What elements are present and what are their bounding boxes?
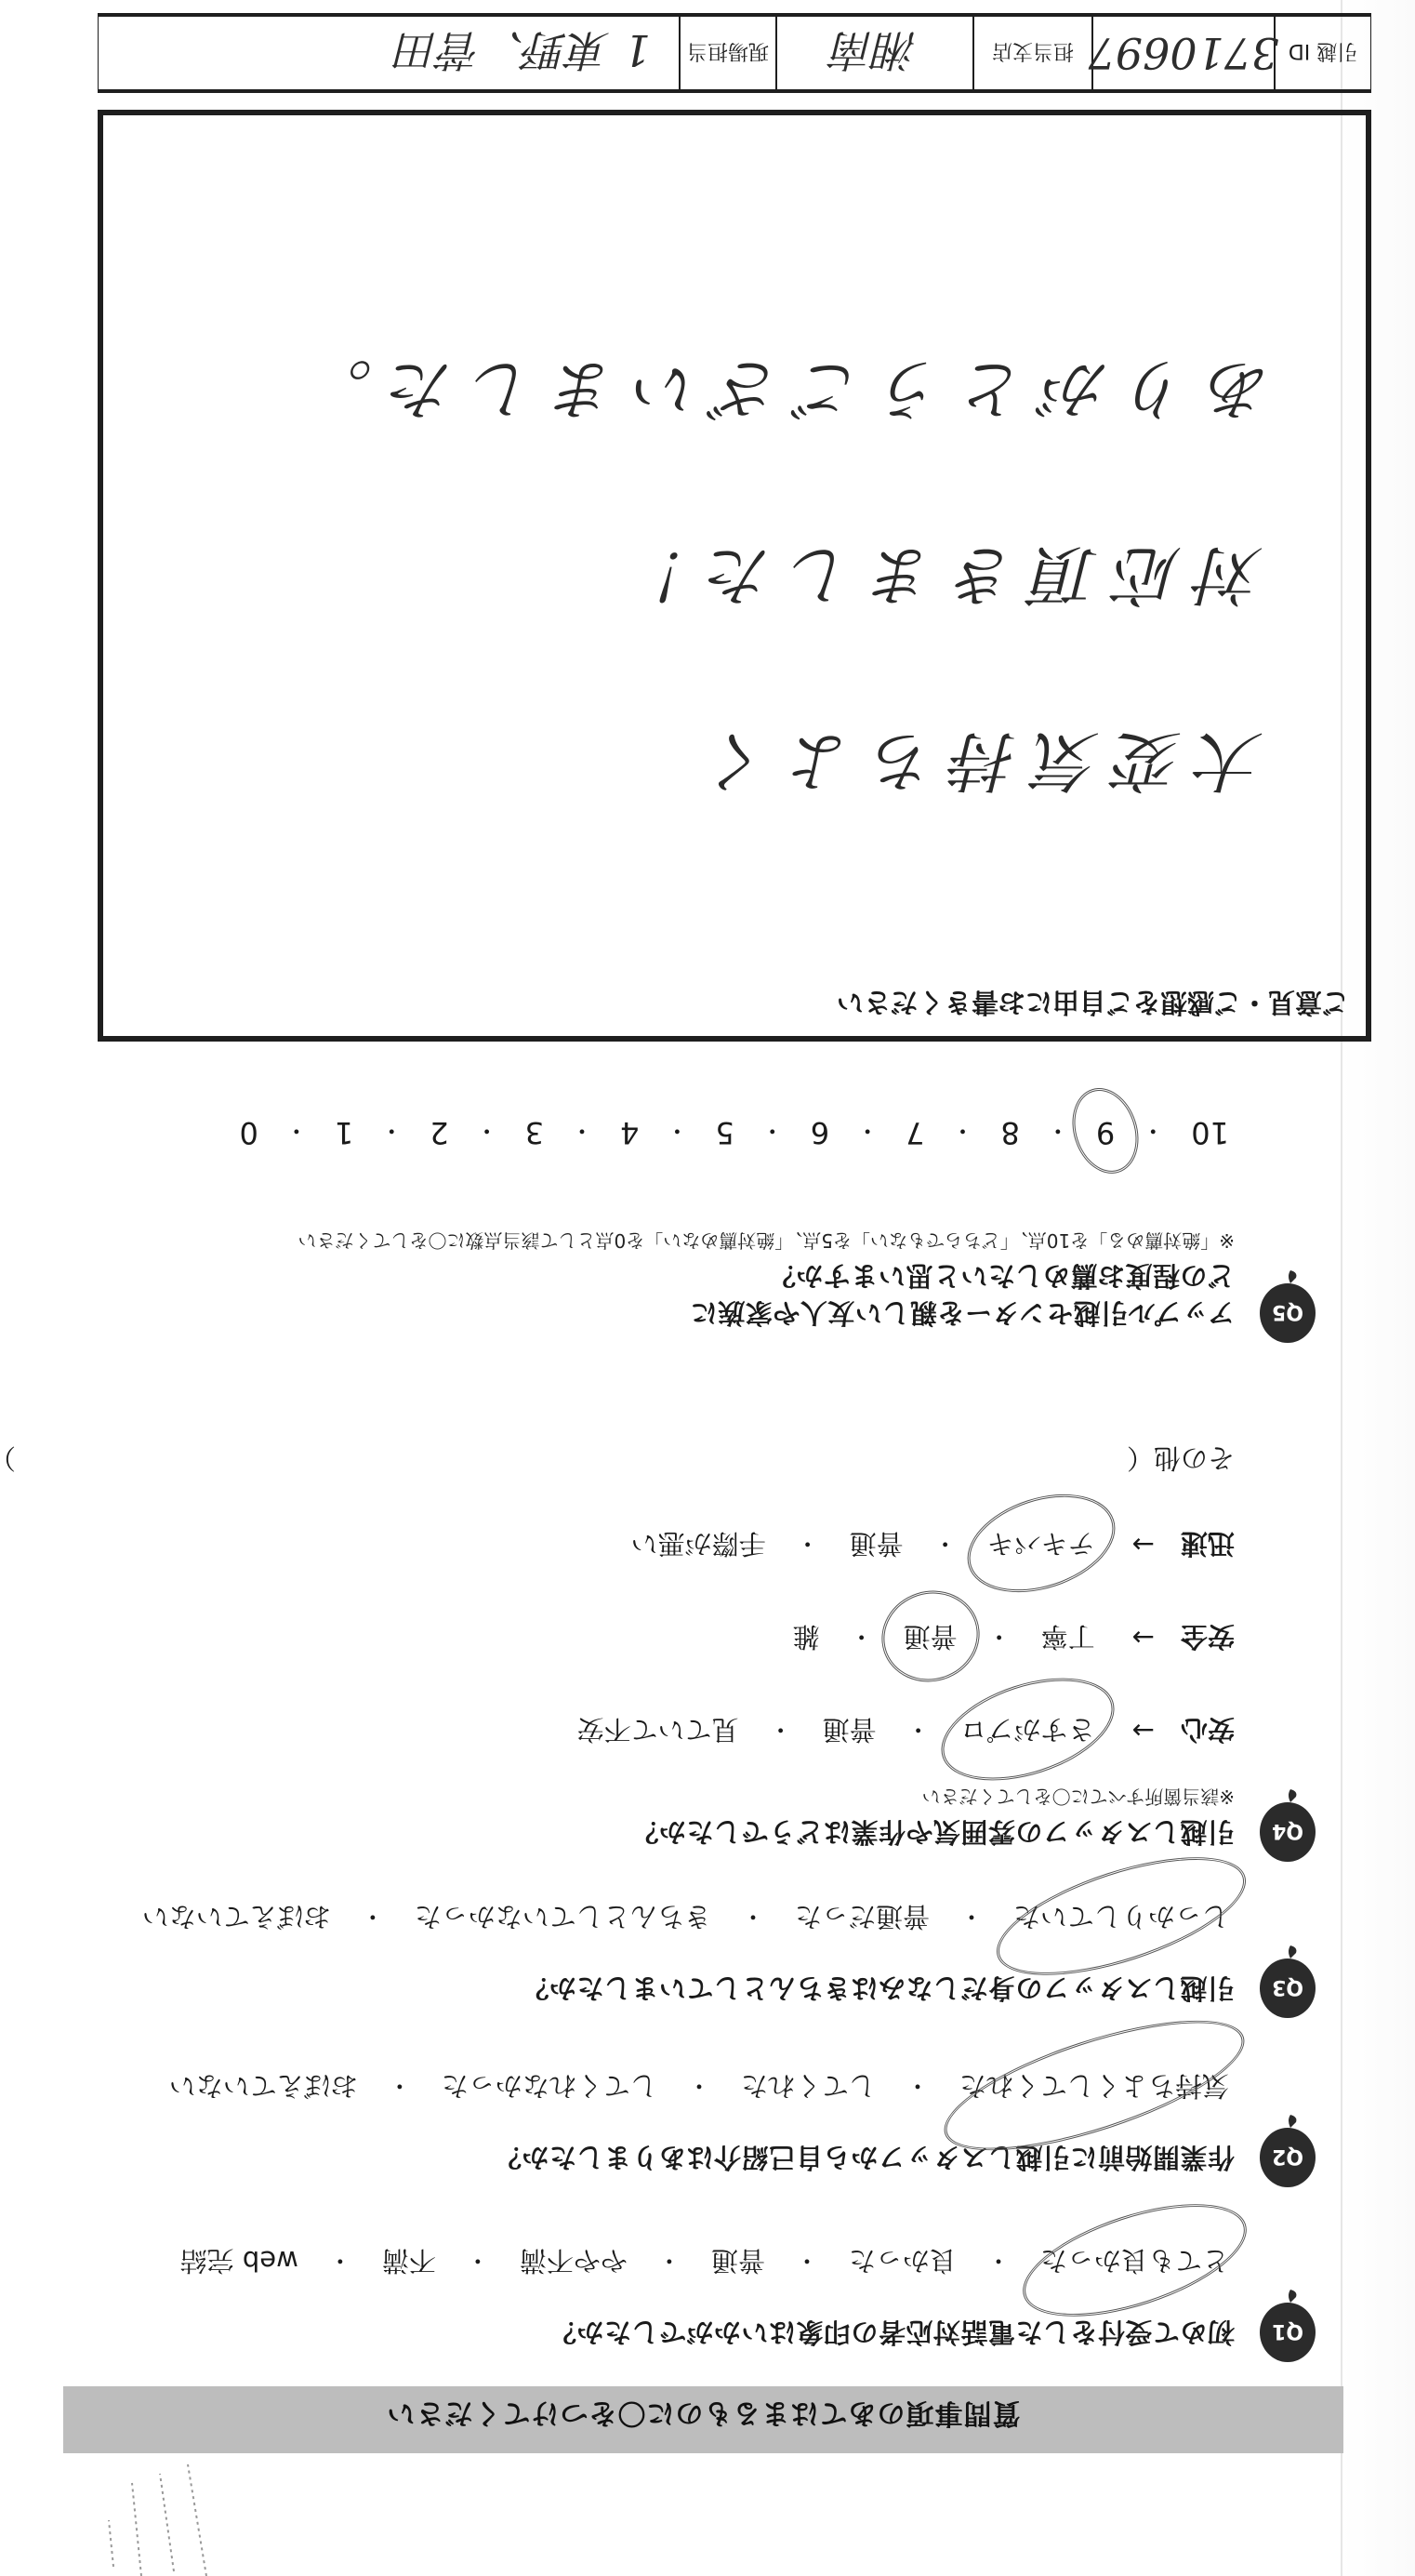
score-5[interactable]: 5 (709, 1115, 739, 1150)
score-2[interactable]: 2 (424, 1115, 454, 1150)
id-label: 引越 ID (1289, 39, 1357, 68)
q4-safety-normal[interactable]: 普通 (898, 1619, 963, 1657)
q4-reassurance-normal[interactable]: 普通 (817, 1712, 882, 1750)
q4-safety-rough[interactable]: 雑 (787, 1619, 826, 1657)
arrow-icon: → (1132, 1530, 1155, 1561)
branch-value: 湘南 (832, 22, 918, 84)
q2-options: 気持ちよくしてくれた・ してくれた・ してくれなかった・ おぼえていない (164, 2068, 1235, 2106)
svg-text:Q1: Q1 (1272, 2319, 1303, 2343)
branch-label: 担当支店 (992, 39, 1074, 68)
comment-line-3: ありがとうございました。 (291, 347, 1273, 441)
question-title: 作業開始前に引越しスタッフから自己紹介はありましたか？ (494, 2140, 1235, 2178)
q3-option-not-neat[interactable]: きちんとしていなかった (409, 1899, 717, 1937)
q4-reassurance-anxious[interactable]: 見ていて不安 (572, 1712, 745, 1750)
score-0[interactable]: 0 (234, 1115, 264, 1150)
q1-option-normal[interactable]: 普通 (706, 2243, 771, 2281)
field-value-cell[interactable]: 1 東野、菅田 (99, 17, 679, 89)
q4-speed-clumsy[interactable]: 手際が悪い (626, 1526, 772, 1564)
svg-text:Q4: Q4 (1272, 1819, 1303, 1842)
question-q5: Q5 アップル引越センターを親しい友人や家族に どの程度お薦めしたいと思いますか… (73, 1053, 1318, 1350)
q2-option-dont-remember[interactable]: おぼえていない (164, 2068, 364, 2106)
q4-safety-careful[interactable]: 丁寧 (1036, 1619, 1101, 1657)
field-label-cell: 現場担当 (679, 17, 775, 89)
field-value: 1 東野、菅田 (396, 22, 651, 84)
id-label-cell: 引越 ID (1274, 17, 1370, 89)
q4-row-safety: 安全 → 丁寧・ 普通・ 雑 (787, 1619, 1235, 1657)
q4-speed-brisk[interactable]: テキパキ (982, 1526, 1101, 1564)
apple-q5-icon: Q5 (1257, 1268, 1318, 1350)
score-9[interactable]: 9 (1091, 1115, 1120, 1150)
svg-text:Q3: Q3 (1272, 1975, 1303, 1998)
svg-text:Q2: Q2 (1272, 2144, 1303, 2168)
q1-option-good[interactable]: 良かった (843, 2243, 962, 2281)
q2-option-no[interactable]: してくれなかった (436, 2068, 663, 2106)
question-title: 引越しスタッフの雰囲気や作業はどうでしたか？ (631, 1814, 1235, 1852)
question-q3: Q3 引越しスタッフの身だしなみはきちんとしていましたか？ しっかりしていた・ … (73, 1886, 1318, 2025)
branch-value-cell[interactable]: 湘南 (775, 17, 972, 89)
id-value: 3710697 (1089, 28, 1279, 78)
q5-score-scale: 10・ 9・ 8・ 7・ 6・ 5・ 4・ 3・ 2・ 1・ 0 (234, 1115, 1235, 1150)
score-6[interactable]: 6 (805, 1115, 835, 1150)
apple-q3-icon: Q3 (1257, 1944, 1318, 2025)
score-8[interactable]: 8 (996, 1115, 1025, 1150)
question-q1: Q1 初めて受付をした電話対応者の印象はいかがでしたか？ とても良かった・ 良か… (73, 2230, 1318, 2370)
q2-option-yes[interactable]: してくれた (735, 2068, 881, 2106)
apple-q2-icon: Q2 (1257, 2113, 1318, 2195)
score-10[interactable]: 10 (1185, 1115, 1235, 1150)
score-3[interactable]: 3 (520, 1115, 549, 1150)
row-label: 安全 (1175, 1619, 1235, 1657)
q1-option-slightly-dissatisfied[interactable]: やや不満 (514, 2243, 633, 2281)
q3-option-neat[interactable]: しっかりしていた (1008, 1899, 1235, 1937)
apple-q1-icon: Q1 (1257, 2288, 1318, 2370)
row-label: 迅速 (1175, 1526, 1235, 1564)
question-title-line2: どの程度お薦めしたいと思いますか？ (768, 1258, 1235, 1296)
comments-label: ご意見・ご感想をご自由にお書きください (837, 985, 1349, 1023)
q2-option-pleasantly[interactable]: 気持ちよくしてくれた (954, 2068, 1235, 2106)
question-note: ※「絶対薦める」を10点、「どちらでもない」を5点、「絶対薦めない」を0点として… (298, 1228, 1235, 1255)
row-label: 安心 (1175, 1712, 1235, 1750)
q1-option-web[interactable]: web 完結 (175, 2243, 304, 2281)
question-note: ※該当箇所すべてに〇をしてください (922, 1785, 1235, 1812)
score-4[interactable]: 4 (615, 1115, 644, 1150)
score-7[interactable]: 7 (900, 1115, 930, 1150)
arrow-icon: → (1132, 1623, 1155, 1654)
q4-row-speed: 迅速 → テキパキ・ 普通・ 手際が悪い (626, 1526, 1235, 1564)
q4-reassurance-pro[interactable]: さすがプロ (955, 1712, 1101, 1750)
q3-options: しっかりしていた・ 普通だった・ きちんとしていなかった・ おぼえていない (137, 1899, 1235, 1937)
branch-label-cell: 担当支店 (972, 17, 1091, 89)
q1-option-very-good[interactable]: とても良かった (1035, 2243, 1235, 2281)
q4-row-other: その他（ ） (0, 1441, 1235, 1479)
comment-line-2: 対応頂きました！ (609, 533, 1263, 627)
arrow-icon: → (1132, 1716, 1155, 1747)
pencil-scribble-icon (76, 2455, 225, 2576)
instruction-banner: 質問事項のあてはまるものに〇をつけてください (63, 2386, 1343, 2453)
q1-options: とても良かった・ 良かった・ 普通・ やや不満・ 不満・ web 完結 (175, 2243, 1235, 2281)
other-close: ） (0, 1441, 16, 1479)
score-1[interactable]: 1 (329, 1115, 359, 1150)
field-label: 現場担当 (687, 39, 769, 68)
staff-info-table: 引越 ID 3710697 担当支店 湘南 現場担当 1 東野、菅田 (98, 13, 1371, 93)
comments-box[interactable]: ご意見・ご感想をご自由にお書きください 大変気持ちよく 対応頂きました！ ありが… (98, 110, 1371, 1042)
svg-text:Q5: Q5 (1272, 1300, 1303, 1323)
q3-option-dont-remember[interactable]: おぼえていない (137, 1899, 337, 1937)
survey-sheet: 質問事項のあてはまるものに〇をつけてください Q1 初めて受付をした電話対応者の… (0, 0, 1415, 2576)
q1-option-dissatisfied[interactable]: 不満 (377, 2243, 442, 2281)
q4-row-reassurance: 安心 → さすがプロ・ 普通・ 見ていて不安 (572, 1712, 1235, 1750)
q4-speed-normal[interactable]: 普通 (844, 1526, 909, 1564)
comment-line-1: 大変気持ちよく (691, 719, 1263, 813)
question-title: 引越しスタッフの身だしなみはきちんとしていましたか？ (522, 1971, 1235, 2009)
q3-option-normal[interactable]: 普通だった (789, 1899, 935, 1937)
apple-q4-icon: Q4 (1257, 1787, 1318, 1869)
instruction-text: 質問事項のあてはまるものに〇をつけてください (63, 2396, 1343, 2437)
other-label: その他（ (1127, 1441, 1235, 1479)
question-q2: Q2 作業開始前に引越しスタッフから自己紹介はありましたか？ 気持ちよくしてくれ… (73, 2055, 1318, 2195)
id-value-cell[interactable]: 3710697 (1091, 17, 1274, 89)
question-title-line1: アップル引越センターを親しい友人や家族に (690, 1295, 1235, 1334)
question-q4: Q4 引越しスタッフの雰囲気や作業はどうでしたか？ ※該当箇所すべてに〇をしてく… (73, 1404, 1318, 1869)
question-title: 初めて受付をした電話対応者の印象はいかがでしたか？ (549, 2315, 1235, 2353)
